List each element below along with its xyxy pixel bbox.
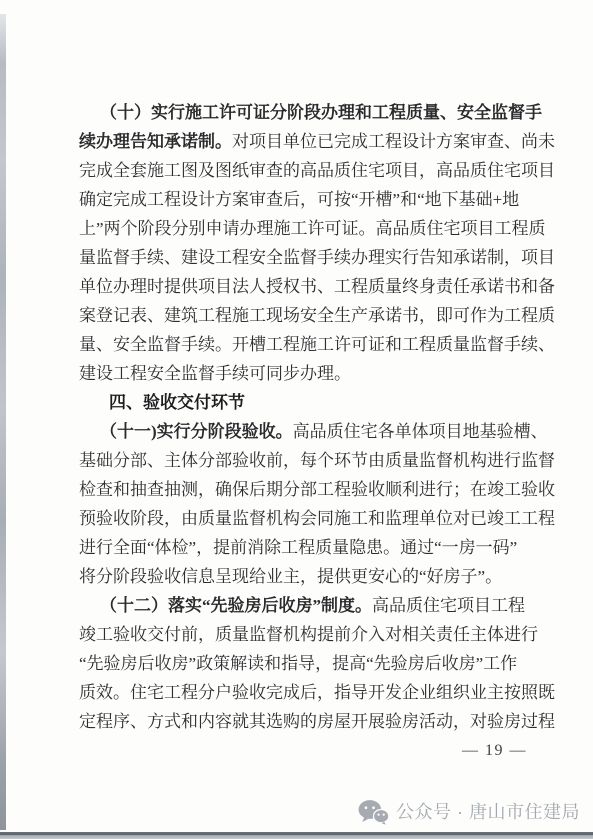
text-line: 完成全套施工图及图纸审查的高品质住宅项目，高品质住宅项目 bbox=[79, 156, 561, 185]
text-line: 续办理告知承诺制。对项目单位已完成工程设计方案审查、尚未 bbox=[79, 127, 561, 156]
text-line: 进行全面“体检”，提前消除工程质量隐患。通过“一房一码” bbox=[79, 533, 561, 562]
text-line: 定程序、方式和内容就其选购的房屋开展验房活动，对验房过程 bbox=[79, 707, 561, 736]
text-segment-lead: 续办理告知承诺制。 bbox=[79, 132, 232, 151]
text-segment-body: 对项目单位已完成工程设计方案审查、尚未 bbox=[232, 132, 555, 151]
watermark-text: 公众号 · 唐山市住建局 bbox=[396, 799, 580, 825]
text-line: 基础分部、主体分部验收前，每个环节由质量监督机构进行监督 bbox=[79, 446, 561, 475]
text-segment-body: 案登记表、建筑工程施工现场安全生产承诺书，即可作为工程质 bbox=[79, 306, 555, 325]
text-segment-body: 进行全面“体检”，提前消除工程质量隐患。通过“一房一码” bbox=[79, 538, 517, 557]
watermark: 公众号 · 唐山市住建局 bbox=[358, 799, 580, 825]
text-line: （十一)实行分阶段验收。高品质住宅各单体项目地基验槽、 bbox=[79, 417, 561, 446]
text-segment-body: “先验房后收房”政策解读和指导，提高“先验房后收房”工作 bbox=[79, 654, 517, 673]
text-line: 建设工程安全监督手续可同步办理。 bbox=[79, 359, 561, 388]
text-segment-body: 量、安全监督手续。开槽工程施工许可证和工程质量监督手续、 bbox=[79, 335, 555, 354]
text-line: 量监督手续、建设工程安全监督手续办理实行告知承诺制，项目 bbox=[79, 243, 561, 272]
text-segment-lead: （十二）落实“先验房后收房”制度。 bbox=[100, 596, 372, 615]
text-segment-body: 基础分部、主体分部验收前，每个环节由质量监督机构进行监督 bbox=[79, 451, 555, 470]
text-line: 确定完成工程设计方案审查后，可按“开槽”和“地下基础+地 bbox=[79, 185, 561, 214]
text-line: 案登记表、建筑工程施工现场安全生产承诺书，即可作为工程质 bbox=[79, 301, 561, 330]
text-segment-body: 将分阶段验收信息呈现给业主，提供更安心的“好房子”。 bbox=[79, 567, 502, 586]
document-body: （十）实行施工许可证分阶段办理和工程质量、安全监督手续办理告知承诺制。对项目单位… bbox=[79, 98, 561, 736]
text-segment-body: 高品质住宅项目工程 bbox=[372, 596, 525, 615]
text-line: “先验房后收房”政策解读和指导，提高“先验房后收房”工作 bbox=[79, 649, 561, 678]
text-line: 单位办理时提供项目法人授权书、工程质量终身责任承诺书和备 bbox=[79, 272, 561, 301]
text-segment-body: 建设工程安全监督手续可同步办理。 bbox=[79, 364, 351, 383]
text-line: 竣工验收交付前，质量监督机构提前介入对相关责任主体进行 bbox=[79, 620, 561, 649]
text-line: 上”两个阶段分别申请办理施工许可证。高品质住宅项目工程质 bbox=[79, 214, 561, 243]
text-line: （十二）落实“先验房后收房”制度。高品质住宅项目工程 bbox=[79, 591, 561, 620]
scanned-document-page: （十）实行施工许可证分阶段办理和工程质量、安全监督手续办理告知承诺制。对项目单位… bbox=[0, 0, 593, 839]
text-segment-body: 完成全套施工图及图纸审查的高品质住宅项目，高品质住宅项目 bbox=[79, 161, 555, 180]
scan-left-edge-artifact bbox=[0, 14, 6, 832]
text-line: 量、安全监督手续。开槽工程施工许可证和工程质量监督手续、 bbox=[79, 330, 561, 359]
section-heading: 四、验收交付环节 bbox=[79, 388, 561, 417]
text-segment-body: 确定完成工程设计方案审查后，可按“开槽”和“地下基础+地 bbox=[79, 190, 519, 209]
text-segment-body: 竣工验收交付前，质量监督机构提前介入对相关责任主体进行 bbox=[79, 625, 538, 644]
wechat-icon bbox=[358, 799, 389, 825]
page-number: — 19 — bbox=[462, 742, 527, 760]
text-line: （十）实行施工许可证分阶段办理和工程质量、安全监督手 bbox=[79, 98, 561, 127]
text-line: 检查和抽查抽测，确保后期分部工程验收顺利进行；在竣工验收 bbox=[79, 475, 561, 504]
text-segment-body: 高品质住宅各单体项目地基验槽、 bbox=[293, 422, 548, 441]
text-line: 质效。住宅工程分户验收完成后，指导开发企业组织业主按照既 bbox=[79, 678, 561, 707]
text-segment-lead: （十）实行施工许可证分阶段办理和工程质量、安全监督手 bbox=[100, 103, 542, 122]
text-segment-body: 单位办理时提供项目法人授权书、工程质量终身责任承诺书和备 bbox=[79, 277, 555, 296]
text-segment-body: 预验收阶段，由质量监督机构会同施工和监理单位对已竣工工程 bbox=[79, 509, 555, 528]
text-segment-heading: 四、验收交付环节 bbox=[109, 393, 245, 412]
text-segment-body: 检查和抽查抽测，确保后期分部工程验收顺利进行；在竣工验收 bbox=[79, 480, 555, 499]
text-line: 将分阶段验收信息呈现给业主，提供更安心的“好房子”。 bbox=[79, 562, 561, 591]
text-segment-lead: （十一)实行分阶段验收。 bbox=[100, 422, 293, 441]
text-segment-body: 上”两个阶段分别申请办理施工许可证。高品质住宅项目工程质 bbox=[79, 219, 546, 238]
scan-bottom-edge-artifact bbox=[0, 830, 593, 839]
text-segment-body: 定程序、方式和内容就其选购的房屋开展验房活动，对验房过程 bbox=[79, 712, 555, 731]
text-line: 预验收阶段，由质量监督机构会同施工和监理单位对已竣工工程 bbox=[79, 504, 561, 533]
text-segment-body: 量监督手续、建设工程安全监督手续办理实行告知承诺制，项目 bbox=[79, 248, 555, 267]
text-segment-body: 质效。住宅工程分户验收完成后，指导开发企业组织业主按照既 bbox=[79, 683, 555, 702]
